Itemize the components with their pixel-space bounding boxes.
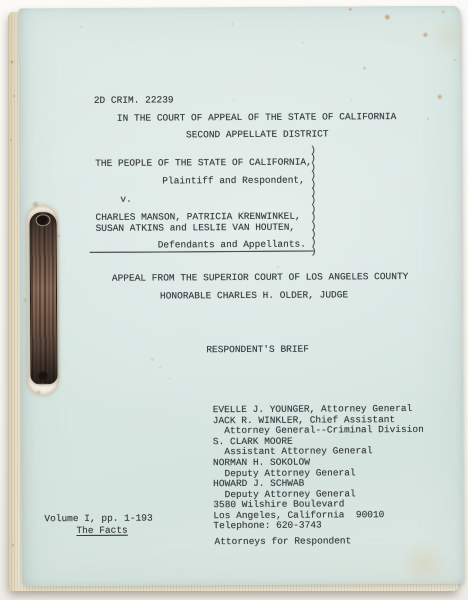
address-block: 3580 Wilshire Boulevard Los Angeles, Cal…: [213, 499, 384, 532]
caption-bracket-column: ) ) ) ) ) ) ) ) ) ) ) ) ): [310, 147, 316, 256]
volume-note: Volume I, pp. 1-193: [44, 513, 152, 525]
document-photo: 2D CRIM. 22239 IN THE COURT OF APPEAL OF…: [0, 0, 468, 600]
counsel-block: EVELLE J. YOUNGER, Attorney General JACK…: [213, 404, 425, 501]
brief-cover-page: 2D CRIM. 22239 IN THE COURT OF APPEAL OF…: [18, 6, 464, 587]
binding-clasp: [29, 212, 57, 384]
caption-rule: [90, 251, 314, 253]
appeal-judge-line: HONORABLE CHARLES H. OLDER, JUDGE: [160, 289, 348, 301]
court-district-line: SECOND APPELLATE DISTRICT: [186, 128, 329, 140]
caption-plaintiff: THE PEOPLE OF THE STATE OF CALIFORNIA,: [95, 157, 312, 169]
appeal-origin-line: APPEAL FROM THE SUPERIOR COURT OF LOS AN…: [112, 271, 409, 284]
binding-clasp-notch: [37, 371, 48, 380]
caption-versus: v.: [120, 194, 131, 205]
court-title-line: IN THE COURT OF APPEAL OF THE STATE OF C…: [117, 111, 396, 124]
caption-plaintiff-role: Plaintiff and Respondent,: [162, 175, 305, 187]
binding-clasp-hole: [35, 214, 50, 226]
attorneys-for-line: Attorneys for Respondent: [214, 535, 351, 547]
caption-defendants: CHARLES MANSON, PATRICIA KRENWINKEL, SUS…: [95, 211, 300, 234]
case-number: 2D CRIM. 22239: [94, 94, 174, 105]
volume-note-facts: The Facts: [76, 525, 127, 536]
caption-defendants-role: Defendants and Appellants.: [158, 239, 306, 251]
brief-title: RESPONDENT'S BRIEF: [206, 344, 309, 356]
